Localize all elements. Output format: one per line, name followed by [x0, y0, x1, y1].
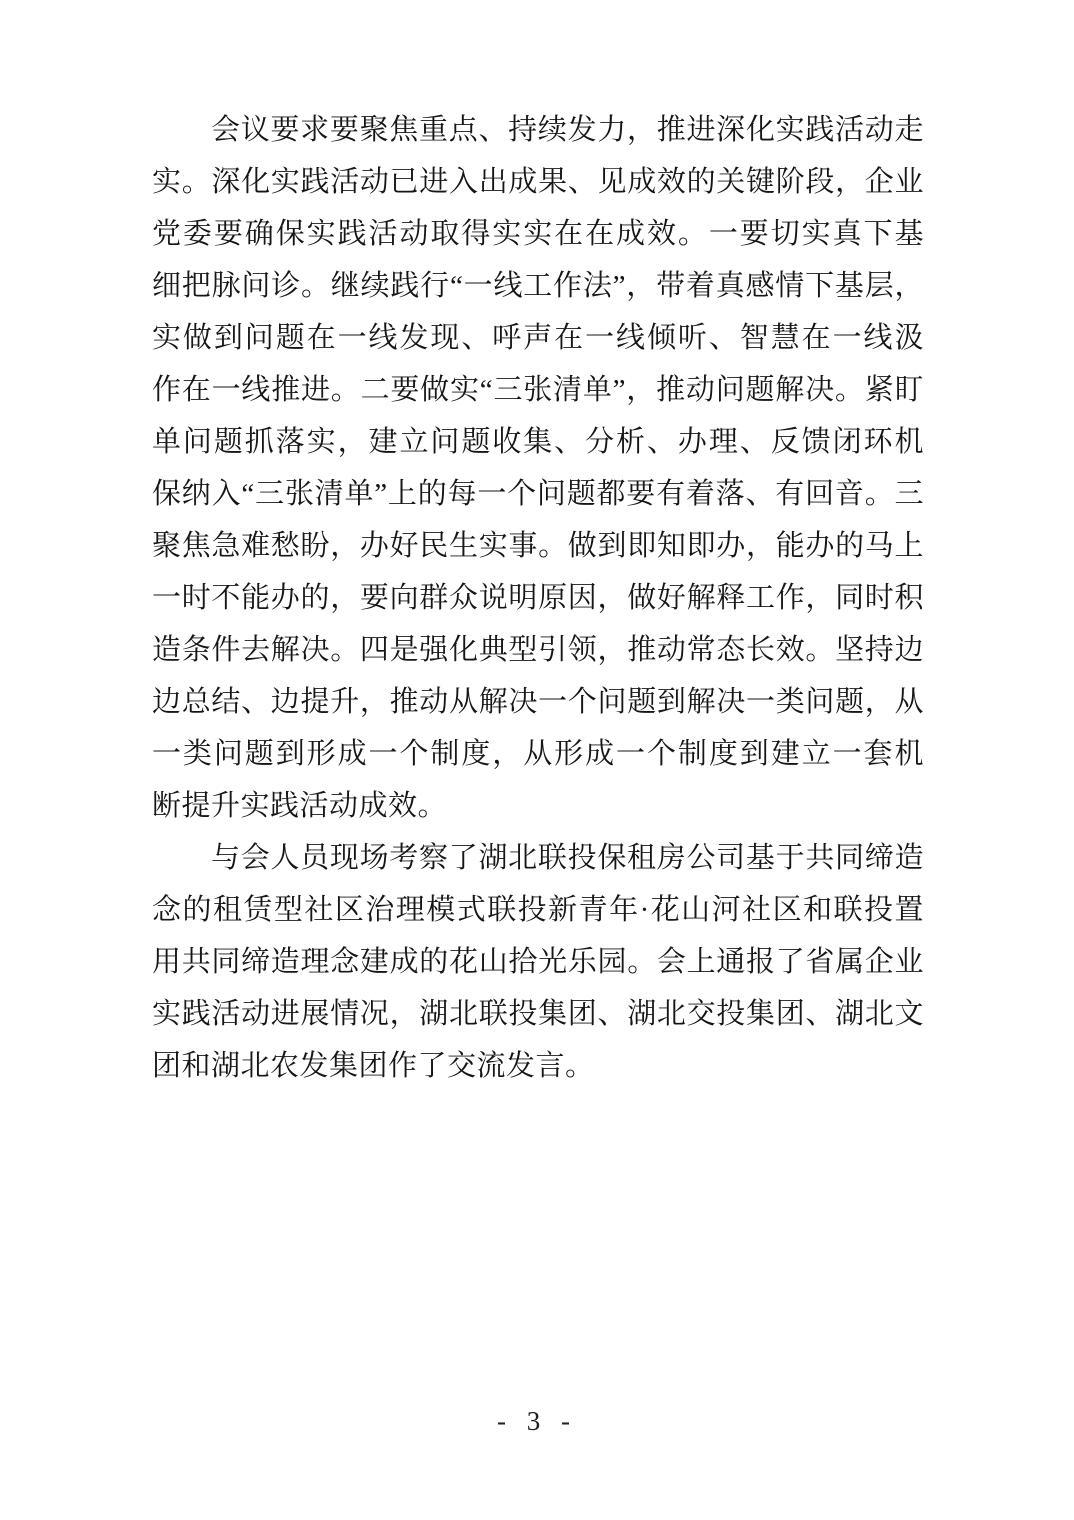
- text-line: 保纳入“三张清单”上的每一个问题都要有着落、有回音。三要: [152, 468, 924, 520]
- text-line: 造条件去解决。四是强化典型引领，推动常态长效。坚持边实践、: [152, 624, 924, 676]
- text-line: 细把脉问诊。继续践行“一线工作法”，带着真感情下基层，切: [152, 260, 924, 312]
- paragraph-1: 会议要求要聚焦重点、持续发力，推进深化实践活动走深走 实。深化实践活动已进入出成…: [152, 104, 924, 832]
- paragraph-2: 与会人员现场考察了湖北联投保租房公司基于共同缔造理 念的租赁型社区治理模式联投新…: [152, 832, 924, 1092]
- page-number: - 3 -: [497, 1406, 577, 1437]
- text-line: 实。深化实践活动已进入出成果、见成效的关键阶段，企业各级: [152, 156, 924, 208]
- text-line: 用共同缔造理念建成的花山拾光乐园。会上通报了省属企业深化: [152, 936, 924, 988]
- text-line: 作在一线推进。二要做实“三张清单”，推动问题解决。紧盯清: [152, 364, 924, 416]
- page-footer: - 3 -: [0, 1406, 1074, 1437]
- text-line: 聚焦急难愁盼，办好民生实事。做到即知即办，能办的马上办，: [152, 520, 924, 572]
- text-line: 与会人员现场考察了湖北联投保租房公司基于共同缔造理: [152, 832, 924, 884]
- text-line: 断提升实践活动成效。: [152, 780, 924, 832]
- text-line: 边总结、边提升，推动从解决一个问题到解决一类问题，从解决: [152, 676, 924, 728]
- text-line: 实做到问题在一线发现、呼声在一线倾听、智慧在一线汲取、工: [152, 312, 924, 364]
- document-page: 会议要求要聚焦重点、持续发力，推进深化实践活动走深走 实。深化实践活动已进入出成…: [0, 0, 1074, 1520]
- text-line: 一时不能办的，要向群众说明原因，做好解释工作，同时积极创: [152, 572, 924, 624]
- text-line: 单问题抓落实，建立问题收集、分析、办理、反馈闭环机制，确: [152, 416, 924, 468]
- text-line: 会议要求要聚焦重点、持续发力，推进深化实践活动走深走: [152, 104, 924, 156]
- text-line: 实践活动进展情况，湖北联投集团、湖北交投集团、湖北文旅集: [152, 988, 924, 1040]
- text-line: 党委要确保实践活动取得实实在在成效。一要切实真下基层，精: [152, 208, 924, 260]
- text-line: 念的租赁型社区治理模式联投新青年·花山河社区和联投置业运: [152, 884, 924, 936]
- text-line: 团和湖北农发集团作了交流发言。: [152, 1040, 924, 1092]
- document-body: 会议要求要聚焦重点、持续发力，推进深化实践活动走深走 实。深化实践活动已进入出成…: [152, 104, 924, 1092]
- text-line: 一类问题到形成一个制度，从形成一个制度到建立一套机制，不: [152, 728, 924, 780]
